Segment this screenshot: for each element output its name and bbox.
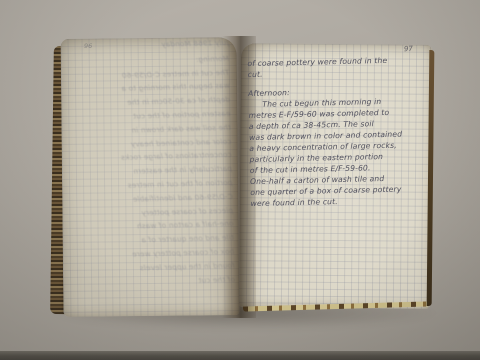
left-page-showthrough-text: July 1968 Monday Morning: The cut in met…: [70, 36, 235, 306]
table-edge: [0, 351, 480, 360]
right-page-number: 97: [404, 45, 413, 54]
notebook-photo: July 1968 Monday Morning: The cut in met…: [0, 0, 480, 360]
left-page-number: 96: [84, 42, 92, 50]
right-page-handwriting: of coarse pottery were found in the cut.…: [247, 54, 430, 209]
